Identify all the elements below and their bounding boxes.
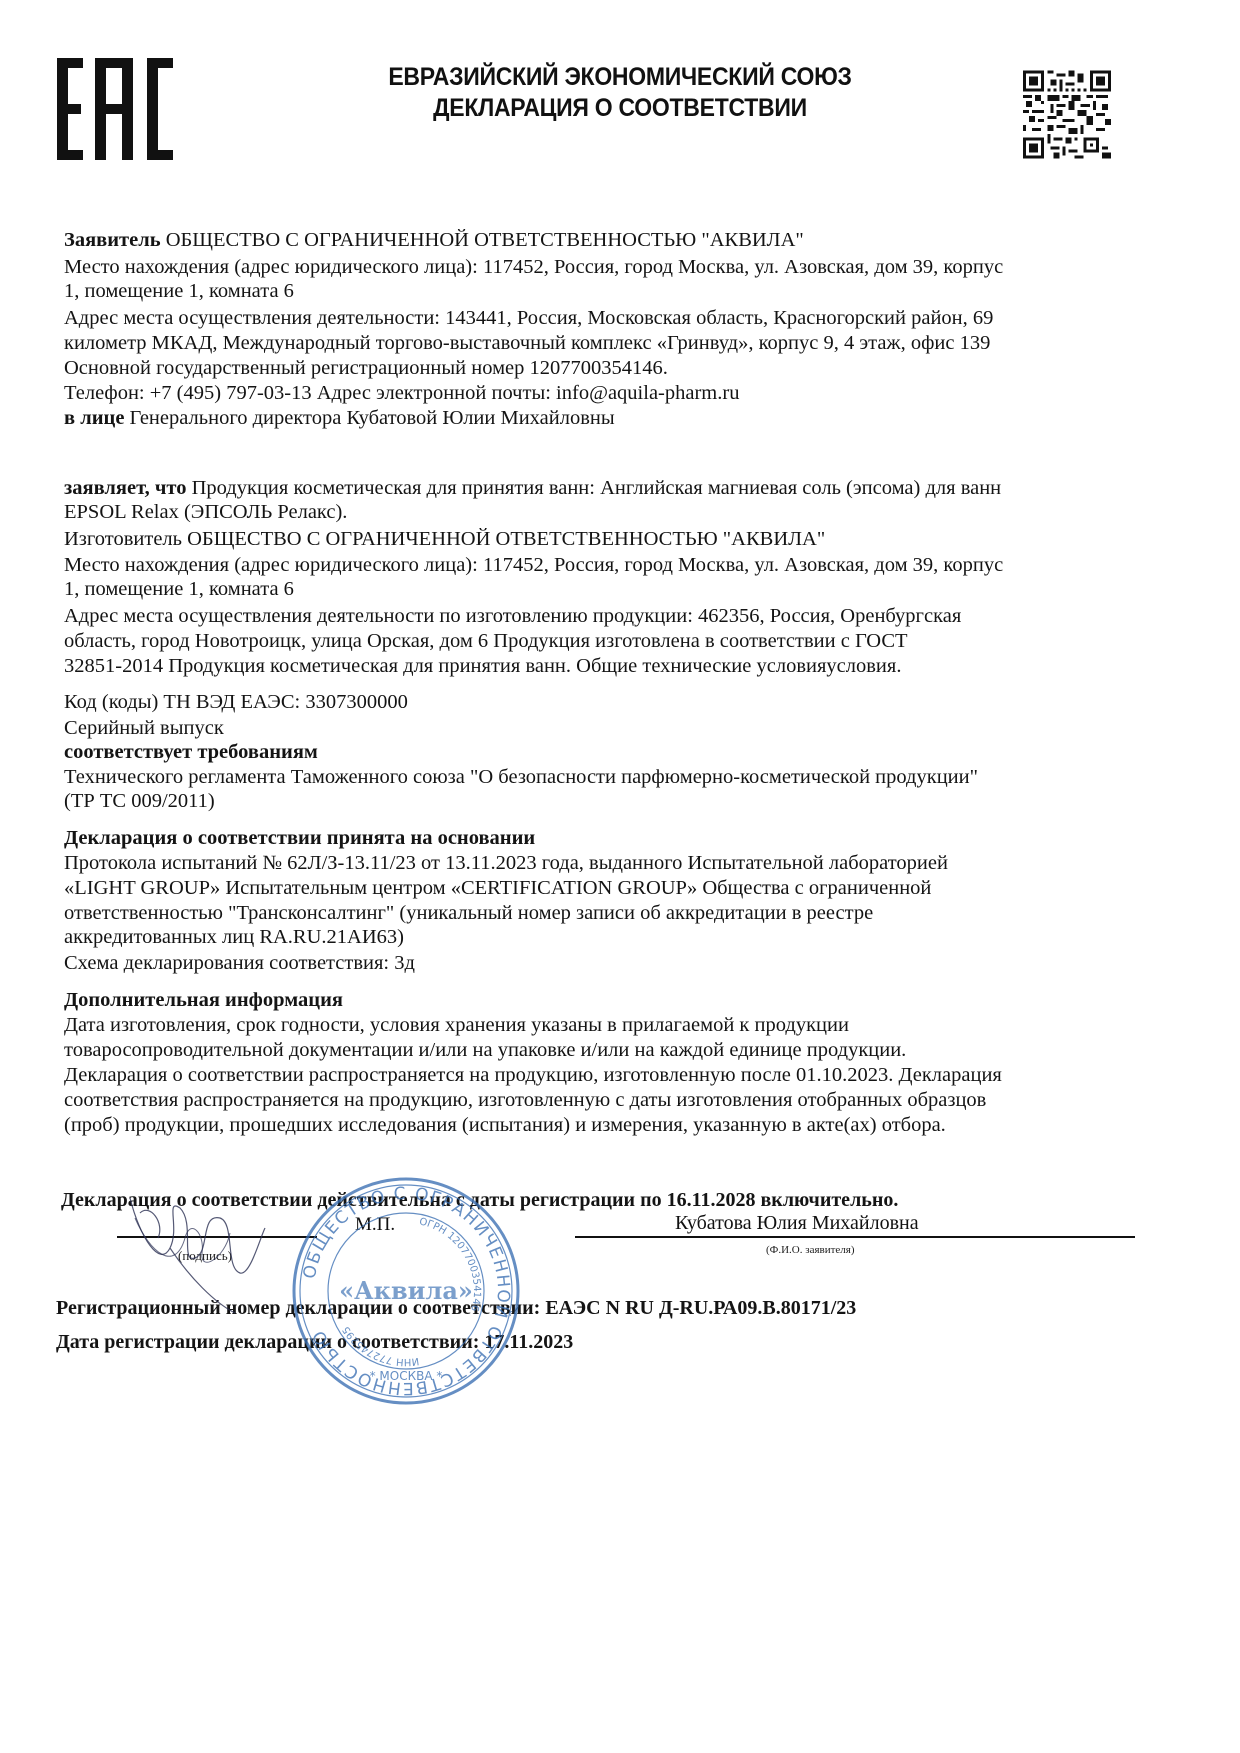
applicant-contacts: Телефон: +7 (495) 797-03-13 Адрес электр… (64, 381, 739, 405)
declaration-scheme: Схема декларирования соответствия: 3д (64, 951, 415, 975)
applicant-legal-address-1: Место нахождения (адрес юридического лиц… (64, 255, 1003, 279)
additional-line-1: Дата изготовления, срок годности, услови… (64, 1013, 849, 1037)
signature-line (117, 1236, 317, 1238)
applicant-legal-address-2: 1, помещение 1, комната 6 (64, 279, 294, 303)
represented-by: Генерального директора Кубатовой Юлии Ми… (124, 407, 614, 429)
manufacturer-address-1: Место нахождения (адрес юридического лиц… (64, 553, 1003, 577)
regulation-line-1: Технического регламента Таможенного союз… (64, 765, 978, 789)
conforms-heading: соответствует требованиям (64, 740, 318, 764)
seal-place-label: М.П. (355, 1213, 395, 1237)
applicant-activity-address-2: километр МКАД, Международный торгово-выс… (64, 331, 990, 355)
registration-number: ЕАЭС N RU Д-RU.РА09.В.80171/23 (545, 1297, 856, 1319)
production-address-3: 32851-2014 Продукция косметическая для п… (64, 654, 901, 678)
declares-label: заявляет, что (64, 477, 186, 499)
registration-number-line: Регистрационный номер декларации о соотв… (56, 1296, 856, 1320)
applicant-line: Заявитель ОБЩЕСТВО С ОГРАНИЧЕННОЙ ОТВЕТС… (64, 228, 804, 252)
additional-heading: Дополнительная информация (64, 988, 343, 1012)
product-line-1: Продукция косметическая для принятия ван… (186, 477, 1001, 499)
production-address-2: область, город Новотроицк, улица Орская,… (64, 629, 908, 653)
svg-text:* МОСКВА *: * МОСКВА * (370, 1369, 443, 1383)
product-line-2: EPSOL Relax (ЭПСОЛЬ Релакс). (64, 500, 347, 524)
eac-logo-icon (57, 58, 175, 160)
basis-line-1: Протокола испытаний № 62Л/З-13.11/23 от … (64, 851, 948, 875)
basis-line-4: аккредитованных лиц RA.RU.21АИ63) (64, 925, 404, 949)
manufacturer-address-2: 1, помещение 1, комната 6 (64, 577, 294, 601)
release-type: Серийный выпуск (64, 716, 224, 740)
header-union-title: ЕВРАЗИЙСКИЙ ЭКОНОМИЧЕСКИЙ СОЮЗ (280, 62, 961, 93)
applicant-name: ОБЩЕСТВО С ОГРАНИЧЕННОЙ ОТВЕТСТВЕННОСТЬЮ… (161, 229, 804, 251)
declaration-page: ЕВРАЗИЙСКИЙ ЭКОНОМИЧЕСКИЙ СОЮЗ ДЕКЛАРАЦИ… (0, 0, 1240, 1753)
applicant-label: Заявитель (64, 229, 161, 251)
applicant-activity-address-1: Адрес места осуществления деятельности: … (64, 306, 993, 330)
regulation-line-2: (ТР ТС 009/2011) (64, 789, 215, 813)
manufacturer: Изготовитель ОБЩЕСТВО С ОГРАНИЧЕННОЙ ОТВ… (64, 527, 825, 551)
hs-code: Код (коды) ТН ВЭД ЕАЭС: 3307300000 (64, 690, 408, 714)
basis-line-2: «LIGHT GROUP» Испытательным центром «CER… (64, 876, 931, 900)
qr-code-icon (1023, 67, 1111, 162)
declares-line: заявляет, что Продукция косметическая дл… (64, 476, 1001, 500)
document-header: ЕВРАЗИЙСКИЙ ЭКОНОМИЧЕСКИЙ СОЮЗ ДЕКЛАРАЦИ… (280, 62, 961, 124)
signer-name: Кубатова Юлия Михайловна (675, 1211, 919, 1235)
registration-date: 17.11.2023 (484, 1331, 573, 1353)
production-address-1: Адрес места осуществления деятельности п… (64, 604, 961, 628)
basis-heading: Декларация о соответствии принята на осн… (64, 826, 535, 850)
signer-name-line (575, 1236, 1135, 1238)
signer-caption: (Ф.И.О. заявителя) (766, 1244, 855, 1256)
registration-date-line: Дата регистрации декларации о соответств… (56, 1330, 573, 1354)
applicant-represented: в лице Генерального директора Кубатовой … (64, 406, 615, 430)
basis-line-3: ответственностью "Трансконсалтинг" (уник… (64, 901, 873, 925)
registration-number-label: Регистрационный номер декларации о соотв… (56, 1297, 545, 1319)
header-declaration-title: ДЕКЛАРАЦИЯ О СООТВЕТСТВИИ (280, 93, 961, 124)
additional-line-4: соответствия распространяется на продукц… (64, 1088, 986, 1112)
additional-line-2: товаросопроводительной документации и/ил… (64, 1038, 906, 1062)
additional-line-3: Декларация о соответствии распространяет… (64, 1063, 1002, 1087)
applicant-ogrn: Основной государственный регистрационный… (64, 356, 668, 380)
svg-text:ОБЩЕСТВО С ОГРАНИЧЕННОЙ ОТВЕТС: ОБЩЕСТВО С ОГРАНИЧЕННОЙ ОТВЕТСТВЕННОСТЬЮ (300, 1184, 514, 1398)
validity-statement: Декларация о соответствии действительна … (61, 1188, 898, 1212)
signature-caption: (подпись) (178, 1248, 232, 1264)
represented-label: в лице (64, 407, 124, 429)
additional-line-5: (проб) продукции, прошедших исследования… (64, 1113, 946, 1137)
registration-date-label: Дата регистрации декларации о соответств… (56, 1331, 484, 1353)
